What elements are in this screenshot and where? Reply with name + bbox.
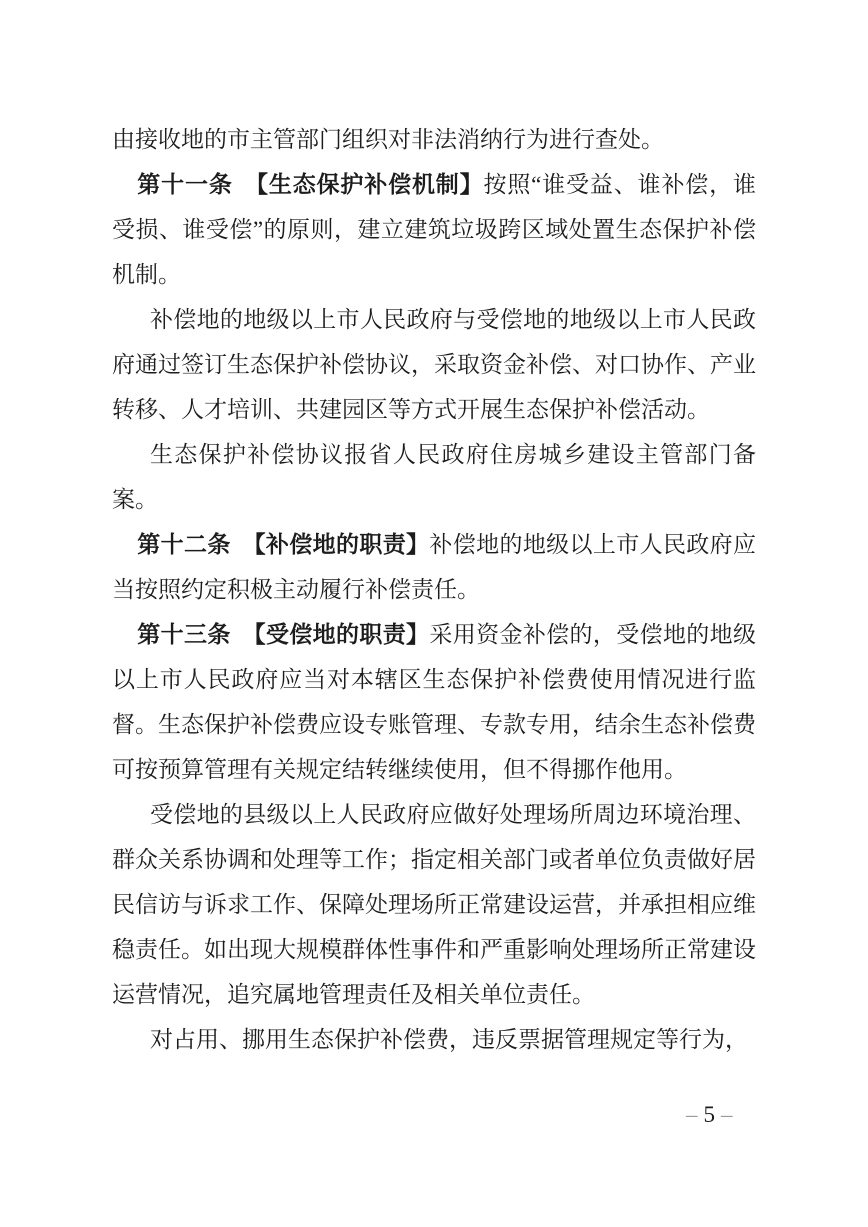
body-paragraph: 生态保护补偿协议报省人民政府住房城乡建设主管部门备案。 [112,432,756,522]
paragraph-text: 受偿地的县级以上人民政府应做好处理场所周边环境治理、群众关系协调和处理等工作；指… [112,802,756,1007]
paragraph-text: 由接收地的市主管部门组织对非法消纳行为进行查处。 [112,127,664,152]
document-body: 由接收地的市主管部门组织对非法消纳行为进行查处。第十一条 【生态保护补偿机制】按… [112,117,756,1062]
paragraph-text: 补偿地的地级以上市人民政府与受偿地的地级以上市人民政府通过签订生态保护补偿协议，… [112,307,756,422]
article-paragraph: 第十三条 【受偿地的职责】采用资金补偿的，受偿地的地级以上市人民政府应当对本辖区… [112,612,756,792]
paragraph-text: 对占用、挪用生态保护补偿费，违反票据管理规定等行为， [150,1027,748,1052]
body-paragraph: 由接收地的市主管部门组织对非法消纳行为进行查处。 [112,117,756,162]
page-number: –5– [686,1101,733,1129]
body-paragraph: 受偿地的县级以上人民政府应做好处理场所周边环境治理、群众关系协调和处理等工作；指… [112,792,756,1017]
page-number-dash-right: – [721,1102,733,1127]
document-page: 由接收地的市主管部门组织对非法消纳行为进行查处。第十一条 【生态保护补偿机制】按… [0,0,868,1227]
article-heading-text: 第十二条 【补偿地的职责】 [137,531,429,557]
body-paragraph: 对占用、挪用生态保护补偿费，违反票据管理规定等行为， [112,1017,756,1062]
body-paragraph: 补偿地的地级以上市人民政府与受偿地的地级以上市人民政府通过签订生态保护补偿协议，… [112,297,756,432]
page-number-value: 5 [698,1102,722,1127]
article-paragraph: 第十二条 【补偿地的职责】补偿地的地级以上市人民政府应当按照约定积极主动履行补偿… [112,522,756,612]
paragraph-text: 生态保护补偿协议报省人民政府住房城乡建设主管部门备案。 [112,442,756,512]
article-heading-text: 第十三条 【受偿地的职责】 [137,621,429,647]
article-heading-text: 第十一条 【生态保护补偿机制】 [137,171,483,197]
page-number-dash-left: – [686,1102,698,1127]
article-paragraph: 第十一条 【生态保护补偿机制】按照“谁受益、谁补偿，谁受损、谁受偿”的原则，建立… [112,162,756,297]
